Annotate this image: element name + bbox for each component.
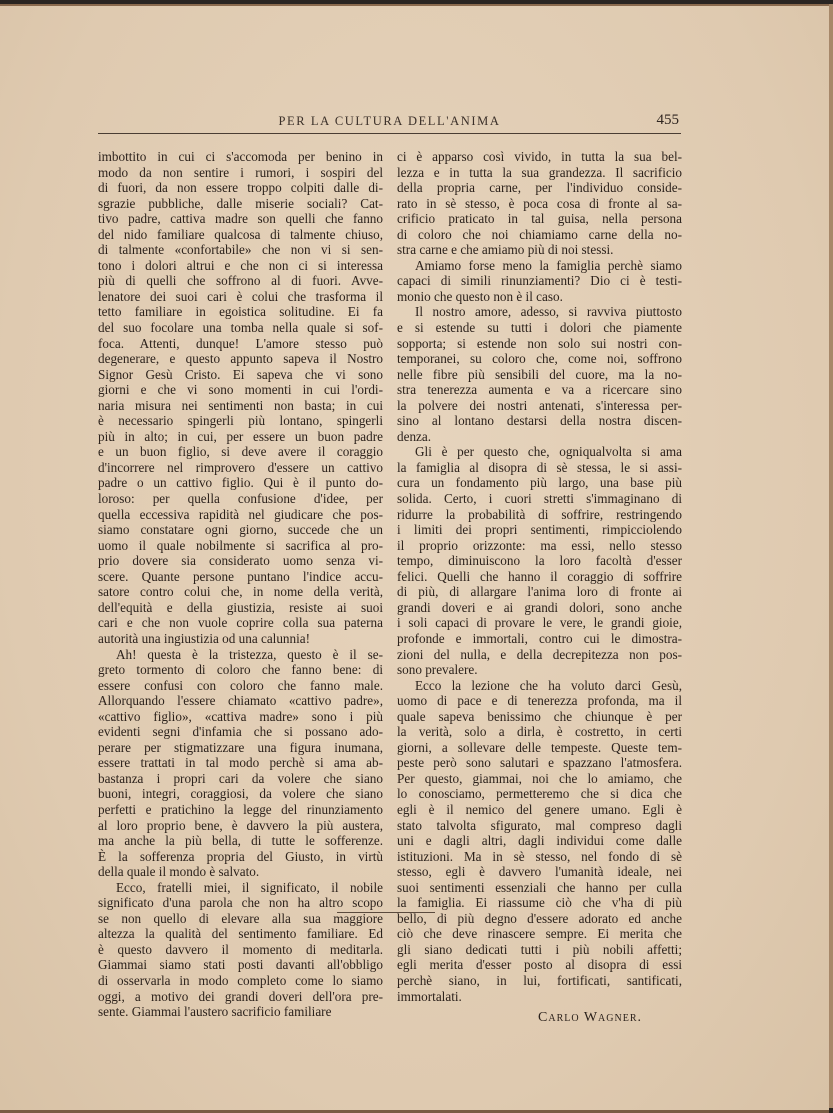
text-line: cari e che non vuole coprire colla sua p…: [98, 615, 383, 631]
text-line: egli merita d'esser posto al disopra di …: [397, 957, 682, 973]
text-line: tempo, diminuiscono la loro facoltà d'es…: [397, 553, 682, 569]
text-line: loroso: per quella confusione d'idee, pe…: [98, 491, 383, 507]
text-line: tetto familiare in egoistica solitudine.…: [98, 304, 383, 320]
text-line: stra carne e che amiamo più di noi stess…: [397, 242, 682, 258]
text-line: i limiti dei propri sentimenti, rimpicci…: [397, 522, 682, 538]
text-line: modo da non sentire i rumori, i sospiri …: [98, 165, 383, 181]
text-line: crificio praticato in tal guisa, nella p…: [397, 211, 682, 227]
text-line: egli è il nemico del genere umano. Egli …: [397, 802, 682, 818]
text-line: del suo focolare una tomba nella quale s…: [98, 320, 383, 336]
text-line: se non quello di elevare alla sua maggio…: [98, 911, 383, 927]
text-line: essere trattati in tal modo perchè si am…: [98, 755, 383, 771]
text-line: nelle fibre più sensibili del cuore, ma …: [397, 367, 682, 383]
text-line: lo conosciamo, permetteremo che si dica …: [397, 786, 682, 802]
author-signature: Carlo Wagner.: [397, 1010, 682, 1026]
paragraph: Ecco la lezione che ha voluto darci Gesù…: [397, 678, 682, 1004]
text-line: il proprio orizzonte: ma essi, nello ste…: [397, 538, 682, 554]
text-line: sgrazie pubbliche, dalle miserie sociali…: [98, 196, 383, 212]
text-line: siamo constatare ogni giorno, succede ch…: [98, 522, 383, 538]
text-line: uomo il quale nobilmente si sacrifica al…: [98, 538, 383, 554]
text-line: ma anche la più bella, di tutte le soffe…: [98, 833, 383, 849]
text-line: di fuori, da non essere troppo colpiti d…: [98, 180, 383, 196]
text-line: padre o un cattivo figlio. Qui è il punt…: [98, 475, 383, 491]
text-line: essere confusi con coloro che fanno male…: [98, 678, 383, 694]
text-line: la famiglia al disopra di sè stessa, le …: [397, 460, 682, 476]
text-line: del nido familiare qualcosa di talmente …: [98, 227, 383, 243]
text-line: i soli capaci di provare le vere, le gra…: [397, 615, 682, 631]
text-line: giorni, a sollevare delle tempeste. Ques…: [397, 740, 682, 756]
end-rule: [337, 912, 435, 913]
text-line: più di quelli che soffrono al di fuori. …: [98, 273, 383, 289]
text-line: sino al lontano destarsi della nostra di…: [397, 413, 682, 429]
text-line: Il nostro amore, adesso, si ravviva piut…: [397, 304, 682, 320]
paragraph: Ecco, fratelli miei, il significato, il …: [98, 880, 383, 1020]
text-line: naria misura nei sentimenti non basta; i…: [98, 398, 383, 414]
text-line: immortalati.: [397, 989, 682, 1005]
text-line: bastanza i propri cari da volere che sia…: [98, 771, 383, 787]
text-line: della propria carne, per l'individuo con…: [397, 180, 682, 196]
text-line: uomo di pace e di tenerezza profonda, ma…: [397, 693, 682, 709]
text-line: foca. Attenti, dunque! L'amore stesso pu…: [98, 336, 383, 352]
text-line: suoi sentimenti essenziali che hanno per…: [397, 880, 682, 896]
header-rule: [98, 133, 681, 134]
text-line: sente. Giammai l'austero sacrificio fami…: [98, 1004, 383, 1020]
text-line: di più, di allargare l'anima loro di fro…: [397, 584, 682, 600]
text-line: stra tenerezza aumenta e va a ricercare …: [397, 382, 682, 398]
text-line: è questo davvero il momento di meditarla…: [98, 942, 383, 958]
text-line: felici. Quelli che hanno il coraggio di …: [397, 569, 682, 585]
text-line: ciò che deve rinascere sempre. Ei merita…: [397, 926, 682, 942]
text-line: Ah! questa è la tristezza, questo è il s…: [98, 647, 383, 663]
text-line: bello, di più degno d'essere adorato ed …: [397, 911, 682, 927]
text-line: oggi, a motivo dei grandi doveri dell'or…: [98, 989, 383, 1005]
text-line: Amiamo forse meno la famiglia perchè sia…: [397, 258, 682, 274]
text-line: temporanei, su coloro che, come noi, sof…: [397, 351, 682, 367]
text-line: profonde e immortali, contro cui le dimo…: [397, 631, 682, 647]
text-line: è necessario spingerli più lontano, spin…: [98, 413, 383, 429]
text-line: solida. Certo, i cuori stretti s'immagin…: [397, 491, 682, 507]
paragraph: Amiamo forse meno la famiglia perchè sia…: [397, 258, 682, 305]
text-line: di osservarla in modo completo come lo s…: [98, 973, 383, 989]
text-line: denza.: [397, 429, 682, 445]
text-line: la famiglia. Ei riassume ciò che v'ha di…: [397, 895, 682, 911]
text-line: più in alto; in cui, per essere un buon …: [98, 429, 383, 445]
paragraph: Il nostro amore, adesso, si ravviva piut…: [397, 304, 682, 444]
right-column: ci è apparso così vivido, in tutta la su…: [397, 149, 682, 1026]
text-line: scere. Quante persone puntano l'indice a…: [98, 569, 383, 585]
text-line: perfetti e pratichino la legge del rinun…: [98, 802, 383, 818]
left-column: imbottito in cui ci s'accomoda per benin…: [98, 149, 383, 1020]
text-line: greto tormento di coloro che fanno bene:…: [98, 662, 383, 678]
text-line: rato in sè stesso, è poca cosa di fronte…: [397, 196, 682, 212]
text-line: uni e dagli altri, dagli individui come …: [397, 833, 682, 849]
text-line: la polvere dei nostri antenati, s'intere…: [397, 398, 682, 414]
text-line: la verità, solo a dirla, è costretto, in…: [397, 724, 682, 740]
text-line: Gli è per questo che, ogniqualvolta si a…: [397, 444, 682, 460]
text-line: d'incorrere nel rimprovero d'essere un c…: [98, 460, 383, 476]
text-line: sono prevalere.: [397, 662, 682, 678]
text-line: lenatore dei suoi cari è colui che trasf…: [98, 289, 383, 305]
text-line: quale sapeva benissimo che chiunque è pe…: [397, 709, 682, 725]
text-line: Giammai siamo stati posti davanti all'ob…: [98, 957, 383, 973]
page-edge: [829, 4, 833, 1108]
text-line: altezza la qualità del sentimento famili…: [98, 926, 383, 942]
text-line: al loro proprio bene, è davvero la più a…: [98, 818, 383, 834]
text-line: «cattivo figlio», «cattiva madre» sono i…: [98, 709, 383, 725]
text-line: perare per stigmatizzare una figura inum…: [98, 740, 383, 756]
text-line: istituzioni. Ma in sè stesso, nel fondo …: [397, 849, 682, 865]
text-line: monio che questo non è il caso.: [397, 289, 682, 305]
text-line: ci è apparso così vivido, in tutta la su…: [397, 149, 682, 165]
text-line: prio dovere sia considerato uomo senza v…: [98, 553, 383, 569]
paragraph: imbottito in cui ci s'accomoda per benin…: [98, 149, 383, 647]
page-header: PER LA CULTURA DELL'ANIMA 455: [98, 110, 681, 132]
text-line: tono i dolori altrui e che non ci si int…: [98, 258, 383, 274]
text-line: Ecco, fratelli miei, il significato, il …: [98, 880, 383, 896]
text-line: quella eccessiva rapidità nel giudicare …: [98, 507, 383, 523]
text-line: peste però sono salutari e spazzano l'at…: [397, 755, 682, 771]
text-line: giorni e che vi sono momenti in cui l'or…: [98, 382, 383, 398]
text-line: di coloro che noi chiamiamo carne della …: [397, 227, 682, 243]
text-line: zioni del nulla, e della decrepitezza no…: [397, 647, 682, 663]
text-line: lezza e in tutta la sua grandezza. Il sa…: [397, 165, 682, 181]
text-line: stesso, egli è davvero l'umanità ideale,…: [397, 864, 682, 880]
text-line: Allorquando l'essere chiamato «cattivo p…: [98, 693, 383, 709]
text-line: È la sofferenza propria del Giusto, in v…: [98, 849, 383, 865]
running-title: PER LA CULTURA DELL'ANIMA: [98, 114, 681, 129]
text-line: gli siano dedicati tutti i più nobili af…: [397, 942, 682, 958]
page-number: 455: [657, 112, 680, 129]
text-line: di talmente «confortabile» che non vi si…: [98, 242, 383, 258]
text-line: perchè siano, in lui, fortificati, santi…: [397, 973, 682, 989]
text-line: della quale il mondo è salvato.: [98, 864, 383, 880]
text-line: ridurre la probabilità di soffrire, rest…: [397, 507, 682, 523]
text-line: cura un fondamento più largo, una base p…: [397, 475, 682, 491]
text-line: Ecco la lezione che ha voluto darci Gesù…: [397, 678, 682, 694]
text-line: evidenti segni d'infamia che si possano …: [98, 724, 383, 740]
text-line: Per questo, giammai, noi che lo amiamo, …: [397, 771, 682, 787]
text-line: Signor Gesù Cristo. Ei sapeva che vi son…: [98, 367, 383, 383]
text-line: degenerare, e questo appunto sapeva il N…: [98, 351, 383, 367]
text-line: satore contro colui che, in nome della v…: [98, 584, 383, 600]
text-line: grandi doveri e ai grandi dolori, sono a…: [397, 600, 682, 616]
paragraph: Ah! questa è la tristezza, questo è il s…: [98, 647, 383, 880]
paragraph: ci è apparso così vivido, in tutta la su…: [397, 149, 682, 258]
text-line: e si estende su tutti i dolori che piame…: [397, 320, 682, 336]
text-line: autorità una ingiustizia od una calunnia…: [98, 631, 383, 647]
text-line: buoni, integri, coraggiosi, da volere ch…: [98, 786, 383, 802]
text-line: sopporta; si estende non solo sui nostri…: [397, 336, 682, 352]
text-line: imbottito in cui ci s'accomoda per benin…: [98, 149, 383, 165]
text-line: e un buon figlio, si deve avere il corag…: [98, 444, 383, 460]
text-line: capaci di simili rinunziamenti? Dio ci è…: [397, 273, 682, 289]
text-line: dell'equità e della giustizia, resiste a…: [98, 600, 383, 616]
text-line: significato d'una parola che non ha altr…: [98, 895, 383, 911]
paragraph: Gli è per questo che, ogniqualvolta si a…: [397, 444, 682, 677]
text-line: tivo padre, cattiva madre son quelli che…: [98, 211, 383, 227]
text-line: stato talvolta sfigurato, mal compreso d…: [397, 818, 682, 834]
